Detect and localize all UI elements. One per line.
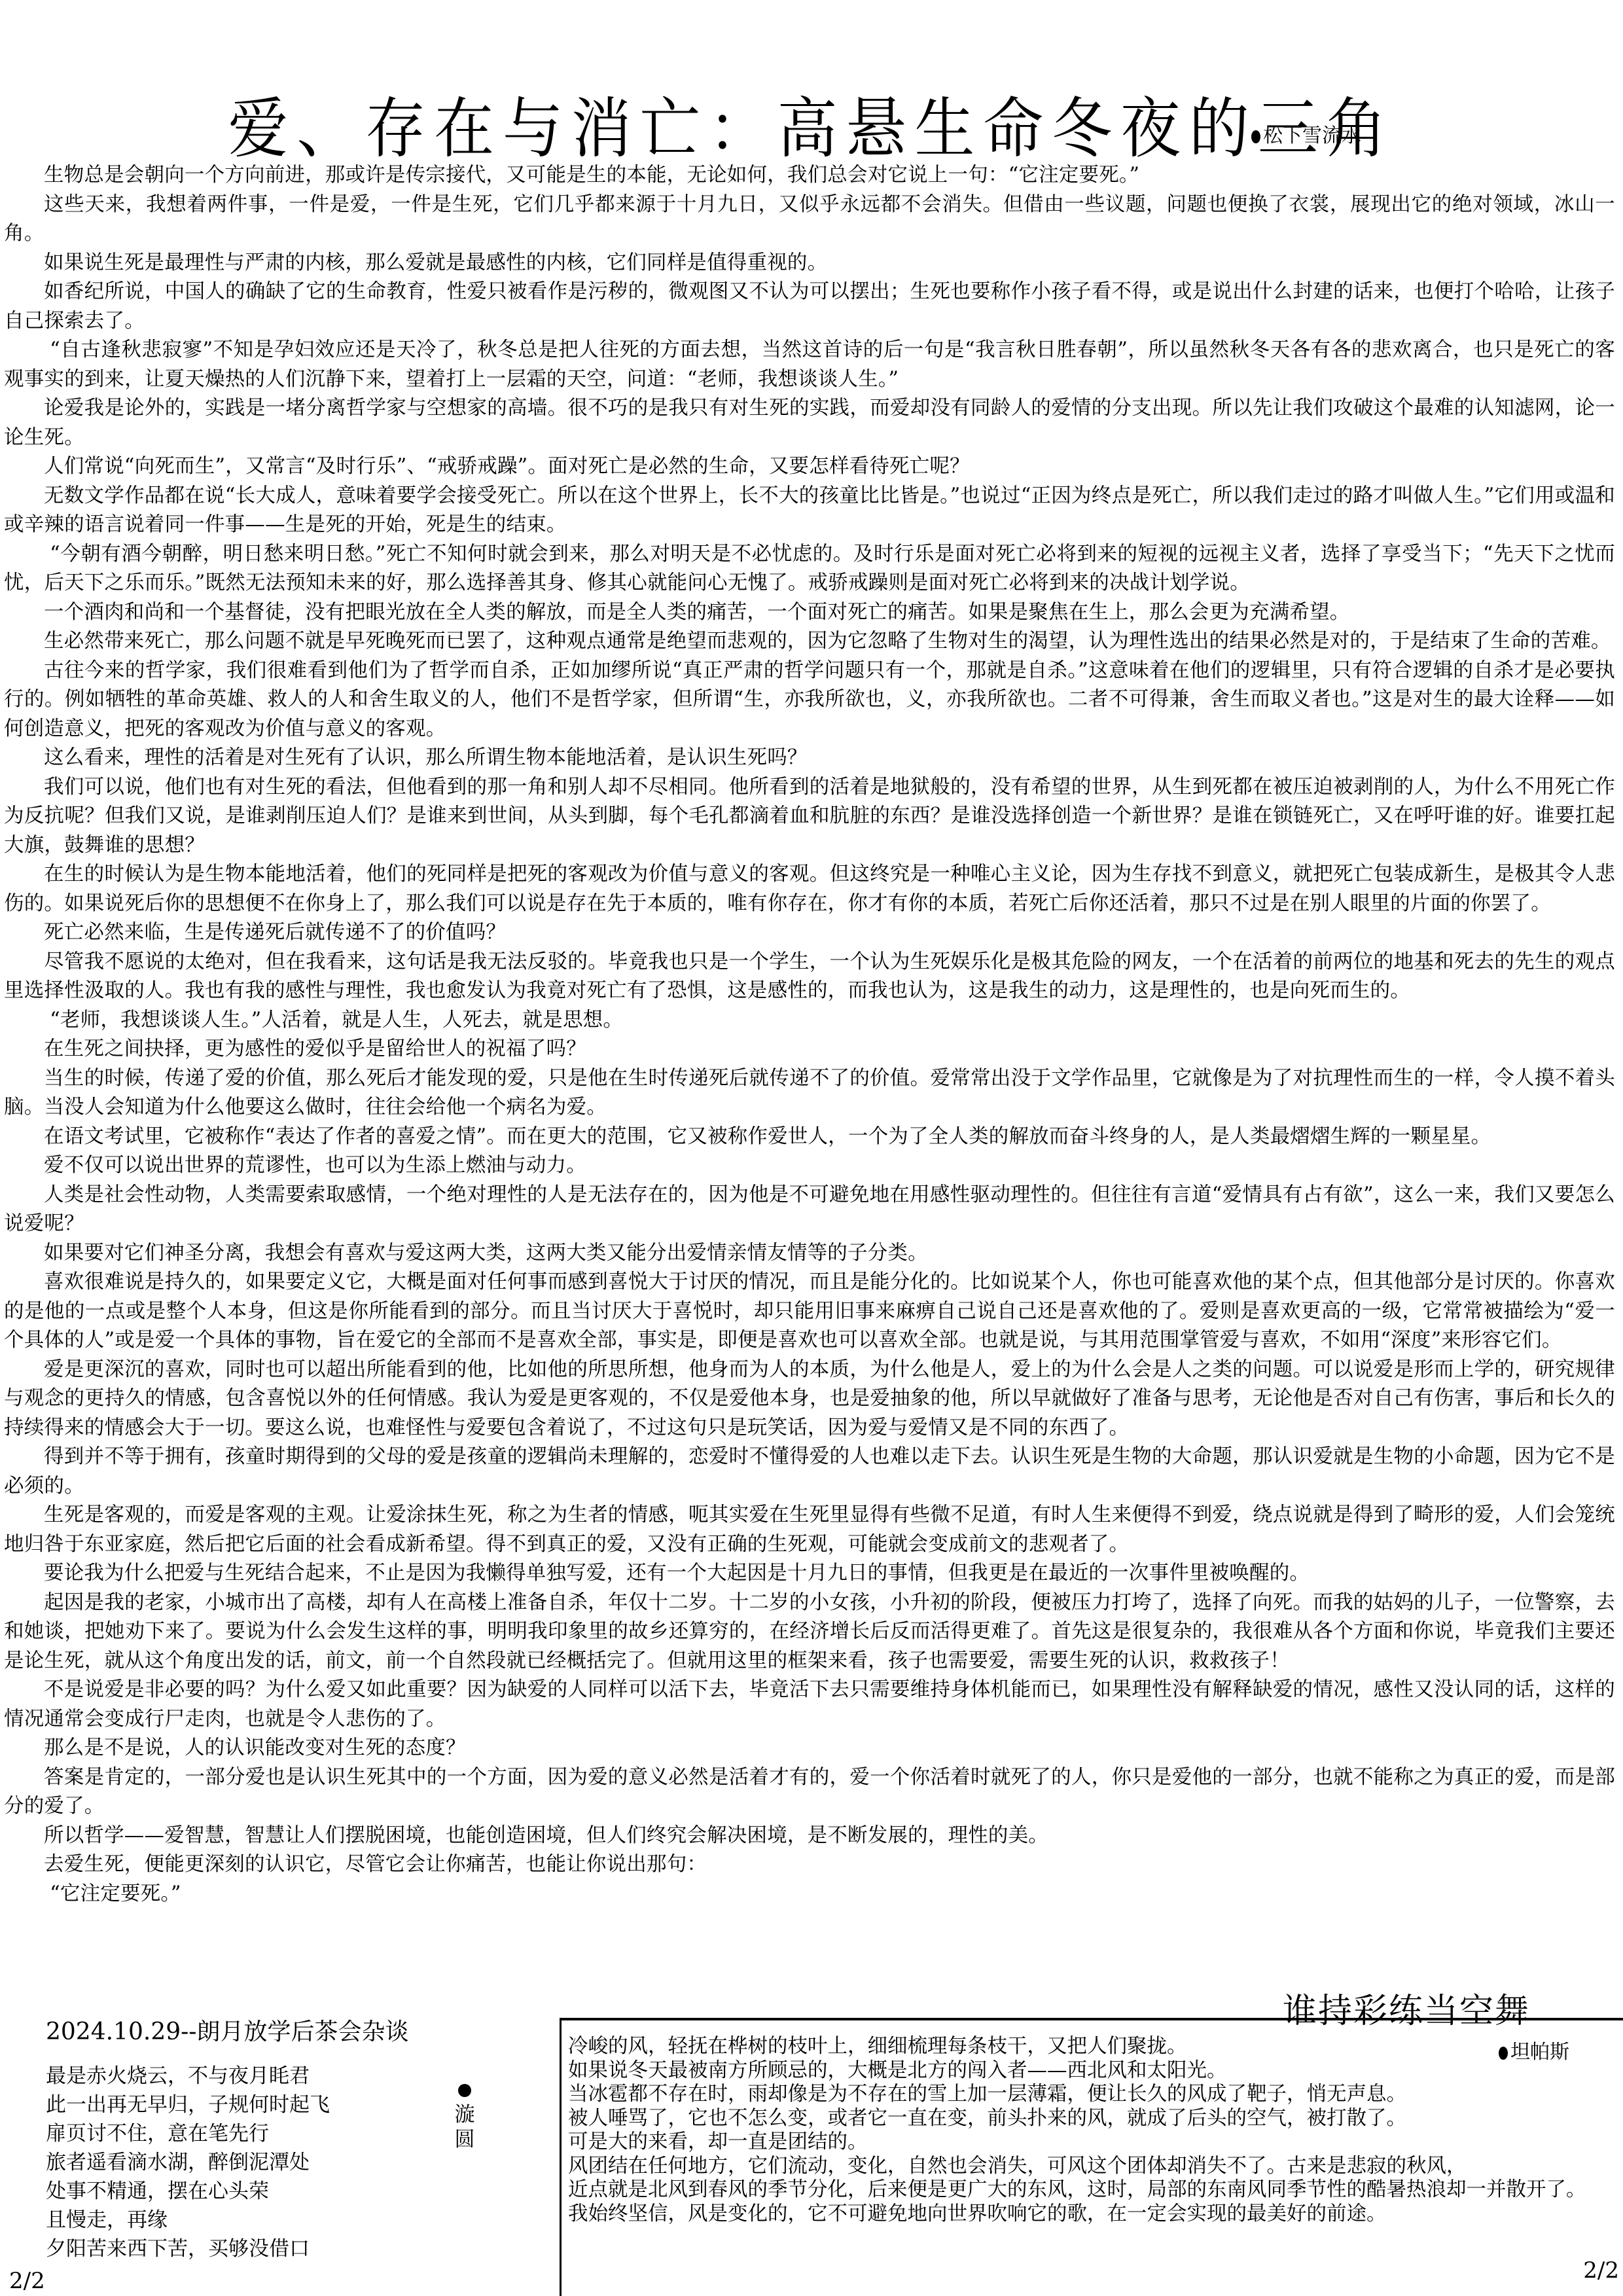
paragraph: 人类是社会性动物，人类需要索取感情，一个绝对理性的人是无法存在的，因为他是不可避… (4, 1181, 1615, 1239)
paragraph: 这些天来，我想着两件事，一件是爱，一件是生死，它们几乎都来源于十月九日，又似乎永… (4, 190, 1615, 249)
essay-paragraph: 当冰雹都不存在时，雨却像是为不存在的雪上加一层薄霜，便让长久的风成了靶子，悄无声… (568, 2083, 1615, 2107)
paragraph: 得到并不等于拥有，孩童时期得到的父母的爱是孩童的逻辑尚未理解的，恋爱时不懂得爱的… (4, 1443, 1615, 1501)
paragraph: 如果说生死是最理性与严肃的内核，那么爱就是最感性的内核，它们同样是值得重视的。 (4, 249, 1615, 278)
poem-line: 旅者遥看滴水湖，醉倒泥潭处 (46, 2148, 543, 2177)
paragraph: 一个酒肉和尚和一个基督徒，没有把眼光放在全人类的解放，而是全人类的痛苦，一个面对… (4, 598, 1615, 628)
paragraph: 爱是更深沉的喜欢，同时也可以超出所能看到的他，比如他的所思所想，他身而为人的本质… (4, 1355, 1615, 1443)
paragraph: “自古逢秋悲寂寥”不知是孕妇效应还是天冷了，秋冬总是把人往死的方面去想，当然这首… (4, 336, 1615, 394)
paragraph: 答案是肯定的，一部分爱也是认识生死其中的一个方面，因为爱的意义必然是活着才有的，… (4, 1763, 1615, 1821)
paragraph: 生必然带来死亡，那么问题不就是早死晚死而已罢了，这种观点通常是绝望而悲观的，因为… (4, 627, 1615, 656)
bullet-icon (1251, 130, 1260, 143)
paragraph: 人们常说“向死而生”，又常言“及时行乐”、“戒骄戒躁”。面对死亡是必然的生命，又… (4, 452, 1615, 482)
essay-paragraph: 可是大的来看，却一直是团结的。 (568, 2130, 1615, 2155)
essay-paragraph: 如果说冬天最被南方所顾忌的，大概是北方的闯入者——西北风和太阳光。 (568, 2059, 1615, 2083)
paragraph: 如香纪所说，中国人的确缺了它的生命教育，性爱只被看作是污秽的，微观图又不认为可以… (4, 278, 1615, 336)
poem-title: 2024.10.29--朗月放学后茶会杂谈 (46, 2016, 543, 2049)
paragraph: 死亡必然来临，生是传递死后就传递不了的价值吗？ (4, 918, 1615, 948)
paragraph: 去爱生死，便能更深刻的认识它，尽管它会让你痛苦，也能让你说出那句： (4, 1850, 1615, 1880)
essay-paragraph: 冷峻的风，轻抚在桦树的枝叶上，细细梳理每条枝干，又把人们聚拢。 (568, 2035, 1615, 2059)
essay-paragraph: 近点就是北风到春风的季节分化，后来便是更广大的东风，这时，局部的东南风同季节性的… (568, 2178, 1615, 2202)
essay-paragraph: 风团结在任何地方，它们流动，变化，自然也会消失，可风这个团体却消失不了。古来是悲… (568, 2155, 1615, 2179)
closing-quote: “它注定要死。” (4, 1880, 1615, 1909)
bullet-icon (458, 2084, 471, 2097)
paragraph: 无数文学作品都在说“长大成人，意味着要学会接受死亡。所以在这个世界上，长不大的孩… (4, 482, 1615, 540)
page-number-right: 2/2 (1583, 2257, 1619, 2284)
paragraph: 生物总是会朝向一个方向前进，那或许是传宗接代，又可能是生的本能，无论如何，我们总… (4, 161, 1615, 190)
article-author: 松下雪流水 (1263, 124, 1361, 147)
poem-line: 处事不精通，摆在心头荣 (46, 2177, 543, 2206)
paragraph: 论爱我是论外的，实践是一堵分离哲学家与空想家的高墙。很不巧的是我只有对生死的实践… (4, 394, 1615, 452)
paragraph: “老师，我想谈谈人生。”人活着，就是人生，人死去，就是思想。 (4, 1006, 1615, 1035)
paragraph: 生死是客观的，而爱是客观的主观。让爱涂抹生死，称之为生者的情感，呃其实爱在生死里… (4, 1501, 1615, 1559)
paragraph: 古往今来的哲学家，我们很难看到他们为了哲学而自杀，正如加缪所说“真正严肃的哲学问… (4, 656, 1615, 744)
paragraph: 那么是不是说，人的认识能改变对生死的态度？ (4, 1734, 1615, 1763)
paragraph: 如果要对它们神圣分离，我想会有喜欢与爱这两大类，这两大类又能分出爱情亲情友情等的… (4, 1239, 1615, 1268)
essay-body: 冷峻的风，轻抚在桦树的枝叶上，细细梳理每条枝干，又把人们聚拢。 如果说冬天最被南… (568, 2035, 1615, 2226)
poem-line: 夕阳苦来西下苦，买够没借口 (46, 2234, 543, 2263)
poem-author-char: 漩 (452, 2102, 478, 2127)
paragraph: 这么看来，理性的活着是对生死有了认识，那么所谓生物本能地活着，是认识生死吗？ (4, 744, 1615, 773)
poem-author: 漩 圆 (452, 2084, 478, 2152)
paragraph: 在生死之间抉择，更为感性的爱似乎是留给世人的祝福了吗？ (4, 1035, 1615, 1064)
paragraph: 在生的时候认为是生物本能地活着，他们的死同样是把死的客观改为价值与意义的客观。但… (4, 860, 1615, 918)
poem-author-char: 圆 (452, 2127, 478, 2152)
essay-paragraph: 我始终坚信，风是变化的，它不可避免地向世界吹响它的歌，在一定会实现的最美好的前途… (568, 2202, 1615, 2227)
paragraph: 当生的时候，传递了爱的价值，那么死后才能发现的爱，只是他在生时传递死后就传递不了… (4, 1064, 1615, 1122)
paragraph: 起因是我的老家，小城市出了高楼，却有人在高楼上准备自杀，年仅十二岁。十二岁的小女… (4, 1588, 1615, 1676)
paragraph: 所以哲学——爱智慧，智慧让人们摆脱困境，也能创造困境，但人们终究会解决困境，是不… (4, 1821, 1615, 1851)
paragraph: 我们可以说，他们也有对生死的看法，但他看到的那一角和别人却不尽相同。他所看到的活… (4, 773, 1615, 861)
paragraph: 尽管我不愿说的太绝对，但在我看来，这句话是我无法反驳的。毕竟我也只是一个学生，一… (4, 948, 1615, 1006)
poem-line: 且慢走，再缘 (46, 2206, 543, 2234)
essay-paragraph: 被人唾骂了，它也不怎么变，或者它一直在变，前头扑来的风，就成了后头的空气，被打散… (568, 2107, 1615, 2131)
paragraph: 在语文考试里，它被称作“表达了作者的喜爱之情”。而在更大的范围，它又被称作爱世人… (4, 1122, 1615, 1152)
paragraph: 喜欢很难说是持久的，如果要定义它，大概是面对任何事而感到喜悦大于讨厌的情况，而且… (4, 1268, 1615, 1355)
article-byline: 松下雪流水 (1251, 123, 1361, 149)
article-body: 生物总是会朝向一个方向前进，那或许是传宗接代，又可能是生的本能，无论如何，我们总… (4, 161, 1615, 1909)
page-number-left: 2/2 (9, 2268, 45, 2294)
paragraph: 不是说爱是非必要的吗？为什么爱又如此重要？因为缺爱的人同样可以活下去，毕竟活下去… (4, 1676, 1615, 1734)
paragraph: 爱不仅可以说出世界的荒谬性，也可以为生添上燃油与动力。 (4, 1151, 1615, 1181)
paragraph: 要论我为什么把爱与生死结合起来，不止是因为我懒得单独写爱，还有一个大起因是十月九… (4, 1559, 1615, 1588)
paragraph: “今朝有酒今朝醉，明日愁来明日愁。”死亡不知何时就会到来，那么对明天是不必忧虑的… (4, 540, 1615, 598)
